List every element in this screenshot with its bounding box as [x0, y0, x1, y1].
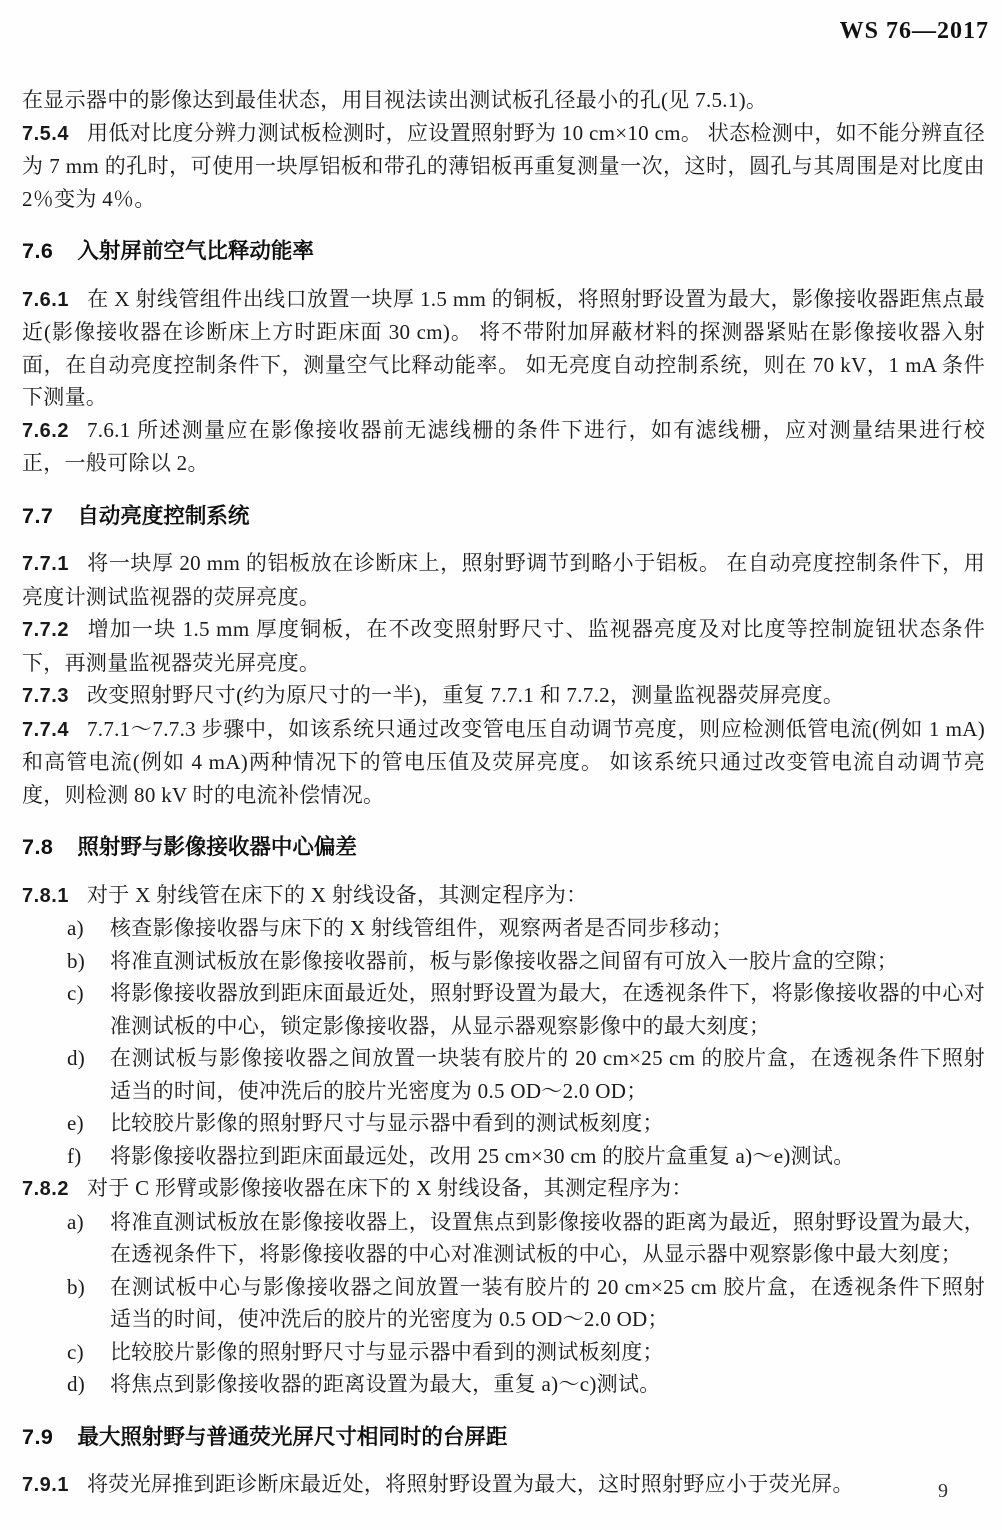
list-text: 将影像接收器放到距床面最近处，照射野设置为最大，在透视条件下，将影像接收器的中心… [110, 981, 985, 1038]
section-number: 7.8 [22, 835, 53, 859]
section-heading-7-9: 7.9最大照射野与普通荧光屏尺寸相同时的台屏距 [22, 1421, 985, 1454]
list-letter: c) [67, 1336, 84, 1369]
clause-number: 7.7.4 [22, 719, 69, 741]
list-letter: c) [67, 977, 84, 1010]
list-item-c2: c)比较胶片影像的照射野尺寸与显示器中看到的测试板刻度； [22, 1336, 985, 1369]
clause-number: 7.6.2 [22, 420, 69, 442]
list-text: 将影像接收器拉到距床面最远处，改用 25 cm×30 cm 的胶片盒重复 a)～… [110, 1144, 855, 1168]
section-number: 7.7 [22, 504, 53, 528]
clause-7-8-2: 7.8.2对于 C 形臂或影像接收器在床下的 X 射线设备，其测定程序为： [22, 1172, 985, 1206]
clause-7-5-4: 7.5.4用低对比度分辨力测试板检测时，应设置照射野为 10 cm×10 cm。… [22, 117, 985, 216]
list-letter: f) [67, 1140, 82, 1173]
section-title: 照射野与影像接收器中心偏差 [77, 835, 357, 859]
list-letter: d) [67, 1368, 85, 1401]
list-text: 将准直测试板放在影像接收器前，板与影像接收器之间留有可放入一胶片盒的空隙； [110, 949, 898, 973]
clause-7-6-1: 7.6.1在 X 射线管组件出线口放置一块厚 1.5 mm 的铜板，将照射野设置… [22, 283, 985, 414]
document-page: WS 76—2017 在显示器中的影像达到最佳状态，用目视法读出测试板孔径最小的… [0, 0, 1002, 1530]
list-item-d: d)在测试板与影像接收器之间放置一块装有胶片的 20 cm×25 cm 的胶片盒… [22, 1042, 985, 1107]
clause-number: 7.5.4 [22, 123, 69, 145]
section-heading-7-6: 7.6入射屏前空气比释动能率 [22, 235, 985, 268]
clause-number: 7.9.1 [22, 1474, 69, 1496]
list-item-d2: d)将焦点到影像接收器的距离设置为最大，重复 a)～c)测试。 [22, 1368, 985, 1401]
clause-7-9-1: 7.9.1将荧光屏推到距诊断床最近处，将照射野设置为最大，这时照射野应小于荧光屏… [22, 1468, 985, 1502]
section-heading-7-8: 7.8照射野与影像接收器中心偏差 [22, 831, 985, 864]
clause-number: 7.6.1 [22, 289, 69, 311]
list-letter: a) [67, 912, 84, 945]
section-title: 最大照射野与普通荧光屏尺寸相同时的台屏距 [77, 1425, 507, 1449]
clause-7-7-2: 7.7.2增加一块 1.5 mm 厚度铜板，在不改变照射野尺寸、监视器亮度及对比… [22, 613, 985, 679]
list-letter: a) [67, 1206, 84, 1239]
page-content: 在显示器中的影像达到最佳状态，用目视法读出测试板孔径最小的孔(见 7.5.1)。… [22, 84, 985, 1502]
clause-number: 7.7.1 [22, 553, 69, 575]
clause-text: 在 X 射线管组件出线口放置一块厚 1.5 mm 的铜板，将照射野设置为最大，影… [22, 287, 985, 410]
list-letter: e) [67, 1107, 84, 1140]
clause-7-6-2: 7.6.27.6.1 所述测量应在影像接收器前无滤线栅的条件下进行，如有滤线栅，… [22, 414, 985, 480]
list-text: 在测试板与影像接收器之间放置一块装有胶片的 20 cm×25 cm 的胶片盒，在… [110, 1046, 985, 1103]
list-item-a: a)核查影像接收器与床下的 X 射线管组件，观察两者是否同步移动； [22, 912, 985, 945]
section-title: 入射屏前空气比释动能率 [77, 239, 314, 263]
clause-number: 7.7.3 [22, 685, 69, 707]
clause-7-7-3: 7.7.3改变照射野尺寸(约为原尺寸的一半)，重复 7.7.1 和 7.7.2，… [22, 679, 985, 713]
list-text: 将准直测试板放在影像接收器上，设置焦点到影像接收器的距离为最近，照射野设置为最大… [110, 1210, 985, 1267]
list-item-f: f)将影像接收器拉到距床面最远处，改用 25 cm×30 cm 的胶片盒重复 a… [22, 1140, 985, 1173]
page-number: 9 [938, 1480, 948, 1503]
clause-number: 7.7.2 [22, 619, 69, 641]
clause-number: 7.8.1 [22, 885, 69, 907]
clause-7-8-1: 7.8.1对于 X 射线管在床下的 X 射线设备，其测定程序为： [22, 879, 985, 913]
list-letter: d) [67, 1042, 85, 1075]
list-text: 将焦点到影像接收器的距离设置为最大，重复 a)～c)测试。 [110, 1372, 661, 1396]
list-text: 在测试板中心与影像接收器之间放置一装有胶片的 20 cm×25 cm 胶片盒，在… [110, 1275, 985, 1332]
clause-text: 用低对比度分辨力测试板检测时，应设置照射野为 10 cm×10 cm。 状态检测… [22, 121, 985, 211]
list-text: 比较胶片影像的照射野尺寸与显示器中看到的测试板刻度； [110, 1111, 664, 1135]
list-item-c: c)将影像接收器放到距床面最近处，照射野设置为最大，在透视条件下，将影像接收器的… [22, 977, 985, 1042]
list-item-e: e)比较胶片影像的照射野尺寸与显示器中看到的测试板刻度； [22, 1107, 985, 1140]
section-title: 自动亮度控制系统 [77, 504, 249, 528]
section-number: 7.9 [22, 1425, 53, 1449]
clause-text: 7.6.1 所述测量应在影像接收器前无滤线栅的条件下进行，如有滤线栅，应对测量结… [22, 418, 985, 476]
clause-7-7-1: 7.7.1将一块厚 20 mm 的铝板放在诊断床上，照射野调节到略小于铝板。 在… [22, 547, 985, 613]
paragraph-continuation: 在显示器中的影像达到最佳状态，用目视法读出测试板孔径最小的孔(见 7.5.1)。 [22, 84, 985, 117]
clause-text: 增加一块 1.5 mm 厚度铜板，在不改变照射野尺寸、监视器亮度及对比度等控制旋… [22, 617, 985, 675]
clause-text: 将荧光屏推到距诊断床最近处，将照射野设置为最大，这时照射野应小于荧光屏。 [87, 1472, 854, 1496]
clause-text: 改变照射野尺寸(约为原尺寸的一半)，重复 7.7.1 和 7.7.2，测量监视器… [87, 683, 844, 707]
list-item-b: b)将准直测试板放在影像接收器前，板与影像接收器之间留有可放入一胶片盒的空隙； [22, 945, 985, 978]
list-text: 核查影像接收器与床下的 X 射线管组件，观察两者是否同步移动； [110, 916, 733, 940]
section-heading-7-7: 7.7自动亮度控制系统 [22, 500, 985, 533]
clause-text: 7.7.1～7.7.3 步骤中，如该系统只通过改变管电压自动调节亮度，则应检测低… [22, 717, 985, 807]
list-letter: b) [67, 1271, 85, 1304]
clause-number: 7.8.2 [22, 1178, 69, 1200]
standard-number-header: WS 76—2017 [840, 18, 989, 45]
list-letter: b) [67, 945, 85, 978]
clause-text: 将一块厚 20 mm 的铝板放在诊断床上，照射野调节到略小于铝板。 在自动亮度控… [22, 551, 985, 609]
clause-text: 对于 X 射线管在床下的 X 射线设备，其测定程序为： [87, 883, 587, 907]
list-text: 比较胶片影像的照射野尺寸与显示器中看到的测试板刻度； [110, 1340, 664, 1364]
list-item-b2: b)在测试板中心与影像接收器之间放置一装有胶片的 20 cm×25 cm 胶片盒… [22, 1271, 985, 1336]
clause-7-7-4: 7.7.47.7.1～7.7.3 步骤中，如该系统只通过改变管电压自动调节亮度，… [22, 713, 985, 812]
list-item-a2: a)将准直测试板放在影像接收器上，设置焦点到影像接收器的距离为最近，照射野设置为… [22, 1206, 985, 1271]
section-number: 7.6 [22, 239, 53, 263]
clause-text: 对于 C 形臂或影像接收器在床下的 X 射线设备，其测定程序为： [87, 1176, 693, 1200]
